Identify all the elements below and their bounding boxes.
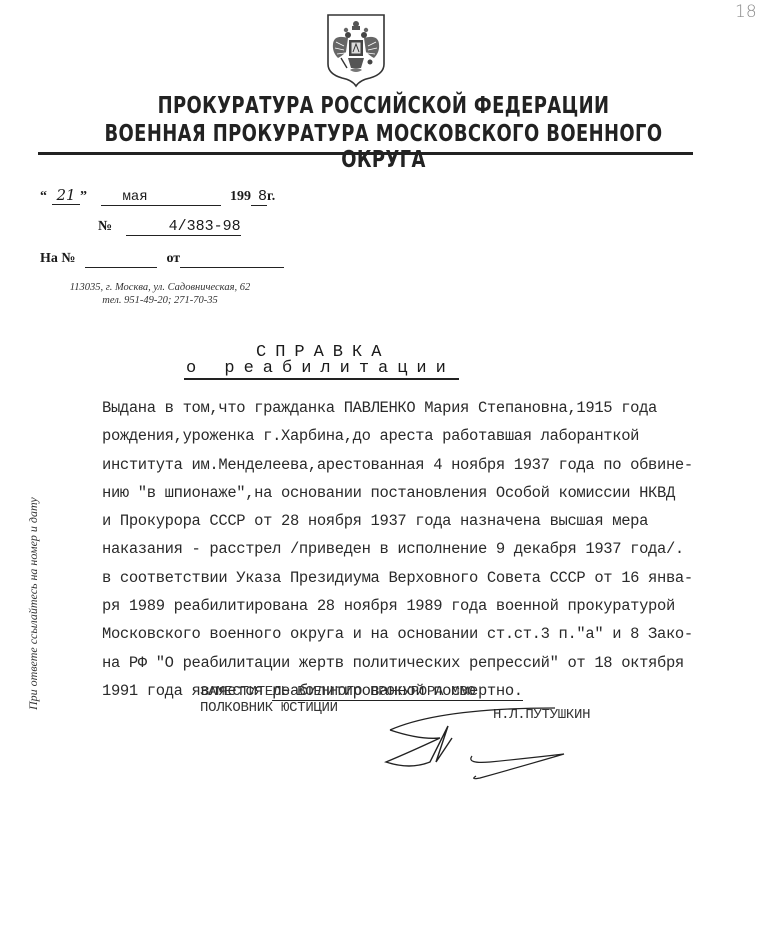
- body-line: ря 1989 реабилитирована 28 ноября 1989 г…: [102, 592, 742, 620]
- side-note-reply-instruction: При ответе ссылайтесь на номер и дату: [26, 420, 41, 710]
- date-day: 21: [52, 186, 80, 205]
- reply-reference-row: На № от: [40, 251, 284, 268]
- address-block: 113035, г. Москва, ул. Садовническая, 62…: [40, 281, 280, 307]
- document-number-row: № 4/383-98: [98, 218, 241, 236]
- phone-line: тел. 951-49-20; 271-70-35: [40, 294, 280, 307]
- body-line: Выдана в том,что гражданка ПАВЛЕНКО Мари…: [102, 394, 742, 422]
- date-month: мая: [123, 189, 148, 205]
- date-row: “21” мая 1998г.: [40, 186, 275, 206]
- body-line: института им.Менделеева,арестованная 4 н…: [102, 451, 742, 479]
- year-suffix-field: 8: [251, 188, 267, 206]
- year-unit: г.: [267, 189, 275, 204]
- reply-number-label: На №: [40, 251, 75, 266]
- number-value: 4/383-98: [169, 218, 241, 235]
- signatory-position: ЗАМЕСТИТЕЛЬ ВОЕННОГО ПРОКУРОРА МВО: [200, 684, 475, 700]
- header-divider: [38, 152, 693, 155]
- certificate-body: Выдана в том,что гражданка ПАВЛЕНКО Мари…: [102, 394, 742, 705]
- year-suffix: 8: [258, 188, 267, 205]
- reply-from-label: от: [166, 251, 180, 266]
- date-month-field: мая: [101, 189, 221, 206]
- reply-date-field: [180, 251, 284, 268]
- body-line: Московского военного округа и на основан…: [102, 620, 742, 648]
- body-line: нию "в шпионаже",на основании постановле…: [102, 479, 742, 507]
- body-line: в соответствии Указа Президиума Верховно…: [102, 564, 742, 592]
- coat-of-arms-icon: [324, 12, 388, 88]
- header-line-2: ВОЕННАЯ ПРОКУРАТУРА МОСКОВСКОГО ВОЕННОГО…: [84, 121, 682, 173]
- page-number: 18: [735, 2, 757, 22]
- document-subtitle: о реабилитации: [184, 359, 459, 380]
- signatory-rank: ПОЛКОВНИК ЮСТИЦИИ: [200, 700, 338, 716]
- number-field: 4/383-98: [126, 218, 241, 236]
- reply-number-field: [85, 251, 157, 268]
- handwritten-signature-icon: [380, 700, 600, 790]
- year-prefix: 199: [230, 189, 251, 204]
- address-line: 113035, г. Москва, ул. Садовническая, 62: [40, 281, 280, 294]
- header-line-1: ПРОКУРАТУРА РОССИЙСКОЙ ФЕДЕРАЦИИ: [84, 93, 682, 119]
- number-label: №: [98, 219, 112, 234]
- body-line: на РФ "О реабилитации жертв политических…: [102, 649, 742, 677]
- body-line: рождения,уроженка г.Харбина,до ареста ра…: [102, 422, 742, 450]
- body-line: и Прокурора СССР от 28 ноября 1937 года …: [102, 507, 742, 535]
- body-line: наказания - расстрел /приведен в исполне…: [102, 535, 742, 563]
